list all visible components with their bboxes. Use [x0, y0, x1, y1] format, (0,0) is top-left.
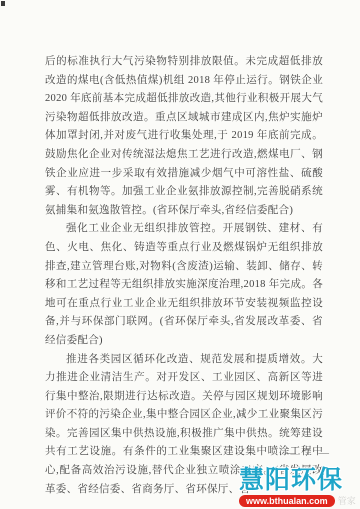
body-text: 后的标准执行大气污染物特别排放限值。未完成超低排放改造的煤电(含低热值煤)机组 …	[45, 53, 323, 499]
paragraph: 强化工业企业无组织排放管控。开展钢铁、建材、有色、火电、焦化、铸造等重点行业及燃…	[45, 220, 323, 350]
watermark-brand-text: 慧阳环保	[239, 467, 357, 493]
watermark-url-banner: www.bthualan.com	[239, 495, 335, 507]
watermark-banner-row: www.bthualan.com 管家	[239, 494, 357, 507]
scan-artifact-speck	[1, 1, 5, 6]
paragraph: 后的标准执行大气污染物特别排放限值。未完成超低排放改造的煤电(含低热值煤)机组 …	[45, 53, 323, 220]
page-number: — 7 —	[286, 448, 333, 459]
document-page: 后的标准执行大气污染物特别排放限值。未完成超低排放改造的煤电(含低热值煤)机组 …	[0, 0, 360, 509]
watermark-logo: 慧阳环保 www.bthualan.com 管家	[239, 467, 357, 507]
watermark-tagline: 管家	[338, 494, 356, 507]
